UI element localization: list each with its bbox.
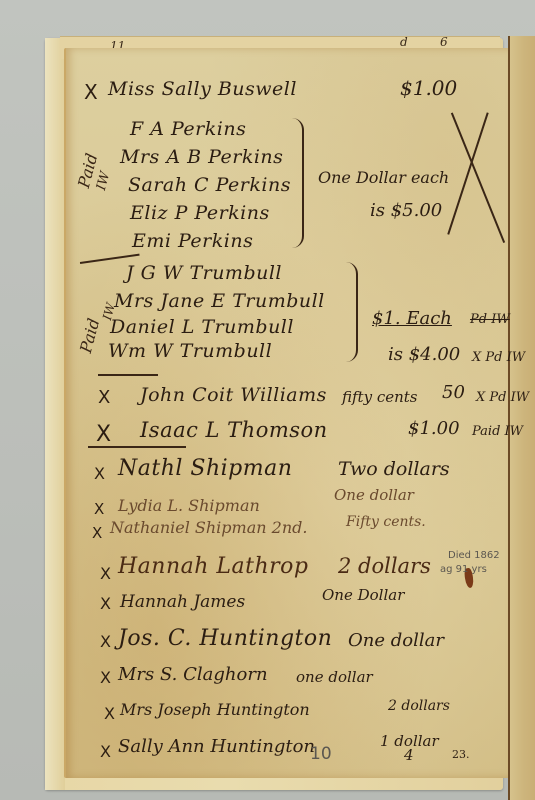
underline-stroke <box>88 446 186 448</box>
entry-name: Lydia L. Shipman <box>118 496 260 515</box>
entry-name: Nathl Shipman <box>118 456 292 481</box>
entry-name: Mrs Joseph Huntington <box>120 700 310 719</box>
entry-name: Mrs Jane E Trumbull <box>114 290 325 312</box>
entry-amount-words: 2 dollars <box>338 554 431 578</box>
check-x-mark: X <box>100 594 111 613</box>
group-amount-total: is $4.00 <box>388 344 460 365</box>
pencil-note: Died 1862 <box>448 550 500 561</box>
entry-name: Hannah Lathrop <box>118 554 309 579</box>
entry-name: Mrs S. Claghorn <box>118 664 268 685</box>
entry-amount-words: Fifty cents. <box>346 514 426 530</box>
check-x-mark: X <box>96 422 111 447</box>
page-edge <box>45 38 65 790</box>
entry-amount: $1.00 <box>400 76 457 100</box>
entry-amount-words: 2 dollars <box>388 698 450 714</box>
entry-name: J G W Trumbull <box>126 262 282 284</box>
book-spine <box>508 36 535 800</box>
entry-name: Eliz P Perkins <box>130 202 270 224</box>
entry-amount: $1.00 <box>408 418 460 439</box>
check-x-mark: X <box>94 464 105 483</box>
check-x-mark: X <box>100 564 111 583</box>
check-x-mark: X <box>100 632 111 651</box>
entry-name: Sarah C Perkins <box>128 174 291 196</box>
top-mark-2: d <box>400 35 408 49</box>
check-x-mark: X <box>104 704 115 723</box>
paid-note: X Pd IW <box>476 390 529 405</box>
check-x-mark: X <box>100 742 111 761</box>
entry-name: Jos. C. Huntington <box>118 626 332 651</box>
entry-amount-words: Two dollars <box>338 458 450 480</box>
entry-amount-words: One dollar <box>334 486 414 504</box>
total-check-mark: 4 <box>404 746 414 764</box>
pencil-note: ag 91 yrs <box>440 564 487 575</box>
check-x-mark: X <box>84 80 98 104</box>
page-total: 23. <box>452 748 470 761</box>
entry-name: Miss Sally Buswell <box>108 78 297 100</box>
entry-name: Emi Perkins <box>132 230 253 252</box>
check-x-mark: X <box>94 500 104 518</box>
top-mark-3: 6 <box>440 35 448 49</box>
divider-stroke <box>98 374 158 376</box>
entry-amount: 50 <box>442 382 465 403</box>
group-amount-each: $1. Each <box>372 308 452 329</box>
entry-name: Mrs A B Perkins <box>120 146 283 168</box>
entry-name: Nathaniel Shipman 2nd. <box>110 518 307 537</box>
paid-note: X Pd IW <box>472 350 525 365</box>
entry-name: F A Perkins <box>130 118 246 140</box>
group-amount-total: is $5.00 <box>370 200 442 221</box>
entry-name: Sally Ann Huntington <box>118 736 315 757</box>
check-x-mark: X <box>92 524 102 542</box>
entry-name: Isaac L Thomson <box>140 418 328 442</box>
page-number: 10 <box>310 744 332 764</box>
check-x-mark: X <box>100 668 111 687</box>
entry-amount-words: one dollar <box>296 668 373 686</box>
entry-name: John Coit Williams <box>140 384 327 406</box>
entry-name: Hannah James <box>120 592 245 612</box>
paid-note: Paid IW <box>472 424 523 439</box>
entry-amount-words: One Dollar <box>322 586 404 604</box>
grouping-brace <box>346 262 358 362</box>
entry-amount-words: One dollar <box>348 630 444 651</box>
paid-note: Pd IW <box>470 312 510 327</box>
grouping-brace <box>292 118 304 248</box>
entry-amount-words: fifty cents <box>342 388 418 406</box>
group-amount-each: One Dollar each <box>318 168 449 187</box>
entry-name: Daniel L Trumbull <box>110 316 294 338</box>
check-x-mark: X <box>98 387 110 408</box>
entry-name: Wm W Trumbull <box>108 340 272 362</box>
